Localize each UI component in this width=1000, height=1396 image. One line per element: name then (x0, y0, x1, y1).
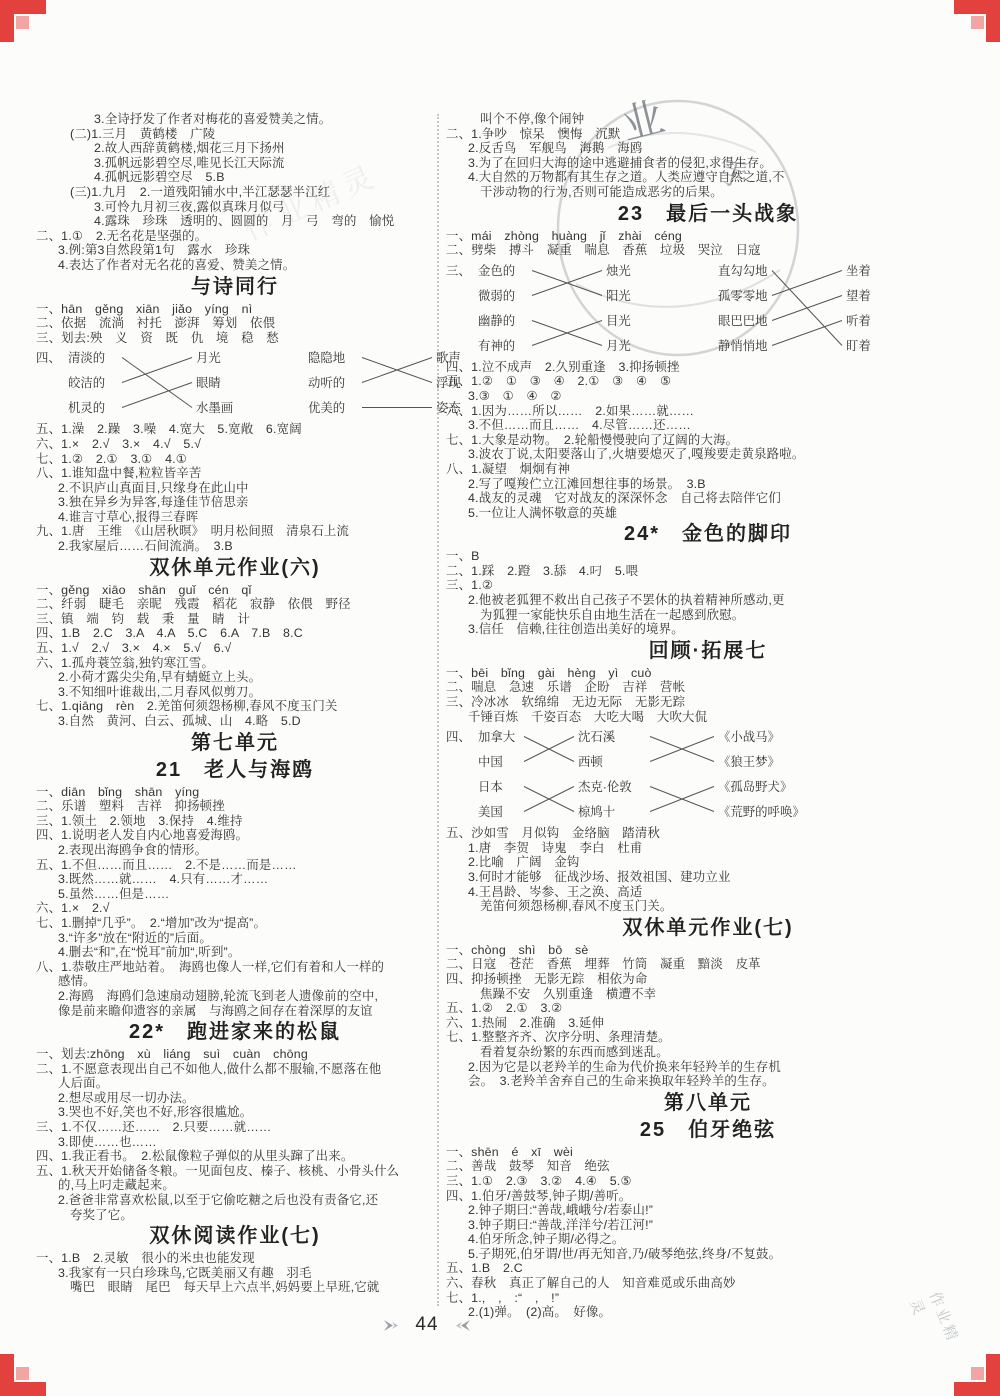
match-item: 微弱的 (478, 288, 515, 303)
answer-line: 2.反舌鸟 军舰鸟 海鹅 海鸥 (446, 141, 970, 156)
matching-diagram: 直勾勾地孤零零地眼巴巴地静悄悄地坐着望着听着盯着 (718, 259, 914, 359)
answer-line: 三、镇 端 钧 载 秉 量 睛 计 (36, 612, 434, 627)
matching-exercise: 四、加拿大中国日本美国沈石溪西顿杰克·伦敦椋鸠十《小战马》《狼王梦》《孤岛野犬》… (446, 725, 970, 825)
answer-line: 3.自然 黄河、白云、孤城、山 4.略 5.D (36, 714, 434, 729)
section-heading: 回顾·拓展七 (446, 639, 970, 663)
match-item: 眼巴巴地 (718, 313, 768, 328)
answer-line: 2.不识庐山真面目,只缘身在此山中 (36, 481, 434, 496)
answer-line: 3.例:第3自然段第1句 露水 珍珠 (36, 243, 434, 258)
section-heading: 第七单元 (36, 731, 434, 755)
answer-line: 3.哭也不好,笑也不好,形容很尴尬。 (36, 1105, 434, 1120)
answer-line: 人后面。 (36, 1076, 434, 1091)
answer-line: 4.表达了作者对无名花的喜爱、赞美之情。 (36, 258, 434, 273)
match-item: 盯着 (846, 339, 871, 353)
answer-line: 会。 3.老羚羊舍弃自己的生命来换取年轻羚羊的生存。 (446, 1074, 970, 1089)
answer-line: 三、冷冰冰 软绵绵 无边无际 无影无踪 (446, 695, 970, 710)
match-item: 沈石溪 (578, 729, 616, 744)
answer-line: 2.故人西辞黄鹤楼,烟花三月下扬州 (36, 141, 434, 156)
answer-line: 4.大自然的万物都有其生存之道。人类应遵守自然之道,不 (446, 170, 970, 185)
match-item: 优美的 (308, 400, 345, 415)
match-item: 动听的 (308, 375, 345, 390)
answer-line: 三、1.不仅……还…… 2.只要……就…… (36, 1120, 434, 1135)
section-heading: 21 老人与海鸥 (36, 758, 434, 782)
answer-line: 2.想尽或用尽一切办法。 (36, 1091, 434, 1106)
answer-line: 2.他被老狐狸不救出自己孩子不罢休的执着精神所感动,更 (446, 593, 970, 608)
answer-line: 3.可怜九月初三夜,露似真珠月似弓 (36, 200, 434, 215)
left-column: 3.全诗抒发了作者对梅花的喜爱赞美之情。(二)1.三月 黄鹤楼 广陵2.故人西辞… (36, 112, 434, 1295)
match-item: 幽静的 (478, 313, 515, 328)
match-item: 金色的 (478, 263, 515, 278)
answer-line: 五、1.澡 2.躁 3.噪 4.宽大 5.宽敞 6.宽阔 (36, 422, 434, 437)
match-item: 坐着 (846, 263, 871, 278)
match-item: 中国 (478, 754, 503, 769)
answer-line: 五、1.② ① ③ ④ 2.① ③ ④ ⑤ (446, 374, 970, 389)
answer-line: 叫个不停,像个闹钟 (446, 112, 970, 127)
answer-line: 2.因为它是以老羚羊的生命为代价换来年轻羚羊的生存机 (446, 1060, 970, 1075)
section-heading: 25 伯牙绝弦 (446, 1118, 970, 1142)
answer-line: 嘴巴 眼睛 尾巴 每天早上六点半,妈妈要上早班,它就 (36, 1280, 434, 1295)
match-item: 《小战马》 (718, 729, 780, 744)
match-item: 月光 (196, 350, 221, 365)
answer-line: 二、1.① 2.无名花是坚强的。 (36, 229, 434, 244)
answer-line: 三、1.① 2.③ 3.② 4.④ 5.⑤ (446, 1174, 970, 1189)
answer-line: 一、1.B 2.灵敏 很小的米虫也能发现 (36, 1251, 434, 1266)
match-item: 美国 (478, 805, 503, 819)
column-divider (437, 114, 439, 1306)
matching-diagram: 加拿大中国日本美国沈石溪西顿杰克·伦敦椋鸠十《小战马》《狼王梦》《孤岛野犬》《荒… (478, 725, 824, 825)
answer-line: 3.信任 信赖,往往创造出美好的境界。 (446, 622, 970, 637)
answer-line: 一、chòng shì bō sè (446, 943, 970, 958)
section-heading: 22* 跑进家来的松鼠 (36, 1020, 434, 1044)
answer-line: (二)1.三月 黄鹤楼 广陵 (36, 127, 434, 142)
match-item: 直勾勾地 (718, 263, 768, 278)
answer-line: 夸奖了它。 (36, 1208, 434, 1223)
match-connector-line (122, 383, 192, 408)
answer-line: 4.孤帆远影碧空尽 5.B (36, 170, 434, 185)
match-item: 月光 (606, 338, 631, 353)
match-item: 隐隐地 (308, 350, 345, 365)
answer-line: 八、1.谁知盘中餐,粒粒皆辛苦 (36, 466, 434, 481)
match-item: 椋鸠十 (578, 804, 615, 819)
match-item: 西顿 (578, 754, 603, 769)
answer-line: 2.小荷才露尖尖角,早有蜻蜓立上头。 (36, 670, 434, 685)
answer-line: 3.③ ① ④ ② (446, 389, 970, 404)
answer-line: 七、1.删掉“几乎”。 2.“增加”改为“提高”。 (36, 916, 434, 931)
answer-line: 3.即使……也…… (36, 1135, 434, 1150)
match-item: 烛光 (606, 263, 631, 278)
match-item: 杰克·伦敦 (578, 779, 632, 794)
answer-line: 六、1.孤舟蓑笠翁,独钓寒江雪。 (36, 656, 434, 671)
answer-line: 七、1.整整齐齐、次序分明、条理清楚。 (446, 1030, 970, 1045)
answer-line: 3.何时才能够 征战沙场、报效祖国、建功立业 (446, 870, 970, 885)
section-heading: 双休单元作业(七) (446, 916, 970, 940)
match-groups: 清淡的皎洁的机灵的月光眼睛水墨画隐隐地动听的优美的歌声浮现姿态 (68, 346, 504, 421)
answer-line: 5.一位让人满怀敬意的英雄 (446, 506, 970, 521)
answer-line: 3.“许多”放在“附近的”后面。 (36, 931, 434, 946)
answer-line: 五、沙如雪 月似钩 金络脑 踏清秋 (446, 826, 970, 841)
section-heading: 23 最后一头战象 (446, 202, 970, 226)
answer-line: 2.表现出海鸥争食的情形。 (36, 843, 434, 858)
answer-line: 六、1.× 2.√ 3.× 4.√ 5.√ (36, 437, 434, 452)
answer-line: 3.不但……而且…… 4.尽管……还…… (446, 418, 970, 433)
answer-line: 1.唐 李贺 诗鬼 李白 杜甫 (446, 841, 970, 856)
match-item: 静悄悄地 (718, 338, 768, 353)
answer-line: 3.为了在回归大海的途中逃避捕食者的侵犯,求得生存。 (446, 156, 970, 171)
answer-line: 5.虽然……但是…… (36, 887, 434, 902)
answer-line: 4.王昌龄、岑参、王之涣、高适 (446, 885, 970, 900)
answer-line: 三、1.② (446, 578, 970, 593)
answer-line: 六、1.× 2.√ (36, 901, 434, 916)
answer-line: 3.全诗抒发了作者对梅花的喜爱赞美之情。 (36, 112, 434, 127)
match-item: 清淡的 (68, 350, 105, 365)
answer-line: 二、日寇 苍茫 香蕉 埋葬 竹筒 凝重 黯淡 皮革 (446, 957, 970, 972)
section-heading: 双休单元作业(六) (36, 556, 434, 580)
matching-exercise: 三、金色的微弱的幽静的有神的烛光阳光目光月光直勾勾地孤零零地眼巴巴地静悄悄地坐着… (446, 259, 970, 359)
answer-line: (三)1.九月 2.一道残阳铺水中,半江瑟瑟半江红 (36, 185, 434, 200)
answer-line: 二、劈柴 搏斗 凝重 喘息 香蕉 垃圾 哭泣 日寇 (446, 243, 970, 258)
answer-line: 四、1.伯牙/善鼓琴,钟子期/善听。 (446, 1189, 970, 1204)
answer-line: 四、抑扬顿挫 无影无踪 相依为命 (446, 972, 970, 987)
answer-line: 3.波农丁说,太阳要落山了,火塘要熄灭了,嘎羧要走黄泉路啦。 (446, 447, 970, 462)
answer-line: 3.钟子期曰:“善哉,洋洋兮/若江河!” (446, 1218, 970, 1233)
matching-diagram: 清淡的皎洁的机灵的月光眼睛水墨画 (68, 346, 264, 421)
answer-line: 一、hān gěng xiān jiǎo yíng nì (36, 302, 434, 317)
answer-line: 一、mái zhòng huàng jǐ zhài céng (446, 229, 970, 244)
match-item: 目光 (606, 313, 631, 328)
answer-line: 4.露珠 珍珠 透明的、圆圆的 月 弓 弯的 愉悦 (36, 214, 434, 229)
answer-line: 2.(1)弹。 (2)高。 好像。 (446, 1305, 970, 1320)
answer-line: 一、diān bǐng shān yíng (36, 785, 434, 800)
section-heading: 与诗同行 (36, 275, 434, 299)
answer-line: 三、1.领土 2.领地 3.保持 4.维持 (36, 814, 434, 829)
answer-line: 3.独在异乡为异客,每逢佳节倍思亲 (36, 495, 434, 510)
answer-line: 二、乐谱 塑料 吉祥 抑扬顿挫 (36, 799, 434, 814)
answer-line: 4.删去“和”,在“悦耳”前加“,听到”。 (36, 945, 434, 960)
answer-line: 2.写了嘎羧伫立江滩回想往事的场景。 3.B (446, 477, 970, 492)
answer-line: 八、1.凝望 炯炯有神 (446, 462, 970, 477)
answer-line: 焦躁不安 久别重逢 横遭不幸 (446, 987, 970, 1002)
corner-decoration-bottom-right (954, 1350, 1000, 1396)
right-column: 叫个不停,像个闹钟二、1.争吵 惊呆 懊悔 沉默2.反舌鸟 军舰鸟 海鹅 海鸥3… (446, 112, 970, 1320)
match-prefix: 四、 (446, 725, 478, 750)
answer-line: 4.伯牙所念,钟子期/必得之。 (446, 1232, 970, 1247)
answer-line: 四、1.泣不成声 2.久别重逢 3.抑扬顿挫 (446, 360, 970, 375)
answer-line: 六、春秋 真正了解自己的人 知音难觅或乐曲高妙 (446, 1276, 970, 1291)
match-item: 日本 (478, 779, 503, 794)
match-groups: 金色的微弱的幽静的有神的烛光阳光目光月光直勾勾地孤零零地眼巴巴地静悄悄地坐着望着… (478, 259, 914, 359)
answer-line: 八、1.恭敬庄严地站着。 海鸥也像人一样,它们有着和人一样的 (36, 960, 434, 975)
answer-line: 一、bēi bǐng gài hèng yì cuò (446, 666, 970, 681)
matching-diagram: 金色的微弱的幽静的有神的烛光阳光目光月光 (478, 259, 674, 359)
answer-line: 3.孤帆远影碧空尽,唯见长江天际流 (36, 156, 434, 171)
answer-line: 五、1.√ 2.√ 3.× 4.× 5.√ 6.√ (36, 641, 434, 656)
match-connector-line (772, 295, 842, 320)
match-prefix: 四、 (36, 346, 68, 371)
match-connector-line (772, 320, 842, 345)
answer-line: 五、1.B 2.C (446, 1261, 970, 1276)
answer-line: 五、1.② 2.① 3.② (446, 1001, 970, 1016)
answer-line: 为狐狸一家能快乐自由地生活在一起感到欣慰。 (446, 608, 970, 623)
answer-line: 七、1., , :“ , !” (446, 1291, 970, 1306)
answer-line: 二、1.不愿意表现出自己不如他人,做什么都不服输,不愿落在他 (36, 1062, 434, 1077)
page-number: 44 (415, 1314, 438, 1336)
corner-decoration-top-left (0, 0, 46, 46)
answer-line: 一、划去:zhōng xù liáng suì cuàn chōng (36, 1047, 434, 1062)
answer-line: 2.海鸥 海鸥们急速扇动翅膀,轮流飞到老人遗像前的空中, (36, 989, 434, 1004)
answer-line: 3.既然……就…… 4.只有……才…… (36, 872, 434, 887)
corner-decoration-bottom-left (0, 1350, 46, 1396)
arrow-left-icon (455, 1319, 471, 1332)
match-prefix: 三、 (446, 259, 478, 284)
answer-line: 看着复杂纷繁的东西而感到迷乱。 (446, 1045, 970, 1060)
section-heading: 24* 金色的脚印 (446, 522, 970, 546)
answer-line: 四、1.说明老人发自内心地喜爱海鸥。 (36, 828, 434, 843)
answer-line: 4.谁言寸草心,报得三春晖 (36, 510, 434, 525)
corner-decoration-top-right (954, 0, 1000, 46)
match-item: 有神的 (478, 338, 515, 353)
match-item: 《荒野的呼唤》 (718, 804, 805, 819)
match-item: 望着 (846, 288, 871, 303)
section-heading: 双休阅读作业(七) (36, 1224, 434, 1248)
answer-line: 四、1.我正看书。 2.松鼠像粒子弹似的从里头蹿了出来。 (36, 1149, 434, 1164)
answer-line: 七、1.大象是动物。 2.轮船慢慢驶向了辽阔的大海。 (446, 433, 970, 448)
page-footer: 44 (352, 1312, 502, 1338)
answer-line: 七、1.qiāng rèn 2.羌笛何须怨杨柳,春风不度玉门关 (36, 699, 434, 714)
answer-line: 一、B (446, 549, 970, 564)
match-item: 阳光 (606, 288, 631, 303)
answer-line: 六、1.因为……所以…… 2.如果……就…… (446, 404, 970, 419)
match-connector-line (122, 358, 192, 408)
answer-line: 五、1.秋天开始储备冬粮。一见面包皮、榛子、核桃、小骨头什么 (36, 1164, 434, 1179)
answer-line: 千锤百炼 千姿百态 大吃大喝 大吹大侃 (446, 710, 970, 725)
answer-line: 二、依据 流淌 衬托 澎湃 筹划 依偎 (36, 316, 434, 331)
answer-line: 二、1.争吵 惊呆 懊悔 沉默 (446, 127, 970, 142)
answer-line: 5.子期死,伯牙谓/世/再无知音,乃/破琴绝弦,终身/不复鼓。 (446, 1247, 970, 1262)
match-item: 《孤岛野犬》 (718, 779, 792, 794)
workbook-answer-page: 作业精灵 业 手 作业精灵 3.全诗抒发了作者对梅花的喜爱赞美之情。(二)1.三… (0, 0, 1000, 1396)
match-connector-line (122, 358, 192, 383)
answer-line: 三、划去:殃 义 资 既 仇 境 稳 愁 (36, 331, 434, 346)
answer-line: 2.爸爸非常喜欢松鼠,以至于它偷吃糖之后也没有责备它,还 (36, 1193, 434, 1208)
match-item: 听着 (846, 314, 871, 328)
answer-line: 二、喘息 急速 乐谱 企盼 吉祥 营帐 (446, 680, 970, 695)
answer-line: 六、1.热闹 2.准确 3.延伸 (446, 1016, 970, 1031)
answer-line: 羌笛何须怨杨柳,春风不度玉门关。 (446, 899, 970, 914)
answer-line: 一、gěng xiāo shān guǐ cén qǐ (36, 583, 434, 598)
match-item: 皎洁的 (68, 375, 105, 390)
matching-exercise: 四、清淡的皎洁的机灵的月光眼睛水墨画隐隐地动听的优美的歌声浮现姿态 (36, 346, 434, 421)
answer-line: 一、shēn é xī wèi (446, 1145, 970, 1160)
answer-line: 五、1.不但……而且…… 2.不是……而是…… (36, 858, 434, 873)
answer-line: 像是前来瞻仰遗容的亲属 与海鸥之间存在着深厚的友谊 (36, 1004, 434, 1019)
answer-line: 3.我家有一只白珍珠鸟,它既美丽又有趣 羽毛 (36, 1266, 434, 1281)
answer-line: 4.战友的灵魂 它对战友的深深怀念 自己将去陪伴它们 (446, 491, 970, 506)
answer-line: 的,马上叼走藏起来。 (36, 1178, 434, 1193)
answer-line: 2.钟子期曰:“善哉,峨峨兮/若泰山!” (446, 1203, 970, 1218)
arrow-right-icon (383, 1319, 399, 1332)
answer-line: 二、纤弱 睫毛 亲昵 残霞 稻花 寂静 依偎 野径 (36, 597, 434, 612)
answer-line: 干涉动物的行为,否则可能造成恶劣的后果。 (446, 185, 970, 200)
answer-line: 九、1.唐 王维 《山居秋暝》 明月松间照 清泉石上流 (36, 524, 434, 539)
match-item: 水墨画 (196, 400, 233, 415)
answer-line: 3.不知细叶谁裁出,二月春风似剪刀。 (36, 685, 434, 700)
match-item: 《狼王梦》 (718, 754, 780, 769)
answer-line: 感情。 (36, 974, 434, 989)
answer-line: 七、1.② 2.① 3.① 4.① (36, 452, 434, 467)
section-heading: 第八单元 (446, 1091, 970, 1115)
match-item: 加拿大 (478, 729, 516, 744)
match-item: 孤零零地 (718, 288, 768, 303)
match-groups: 加拿大中国日本美国沈石溪西顿杰克·伦敦椋鸠十《小战马》《狼王梦》《孤岛野犬》《荒… (478, 725, 824, 825)
answer-line: 四、1.B 2.C 3.A 4.A 5.C 6.A 7.B 8.C (36, 626, 434, 641)
answer-line: 2.我家屋后……石间流淌。 3.B (36, 539, 434, 554)
answer-line: 2.比喻 广阔 金钩 (446, 855, 970, 870)
answer-line: 二、1.踩 2.蹬 3.舔 4.叼 5.喂 (446, 564, 970, 579)
match-item: 机灵的 (68, 400, 105, 415)
match-item: 眼睛 (196, 375, 221, 390)
answer-line: 二、善哉 鼓琴 知音 绝弦 (446, 1159, 970, 1174)
match-connector-line (772, 270, 842, 295)
